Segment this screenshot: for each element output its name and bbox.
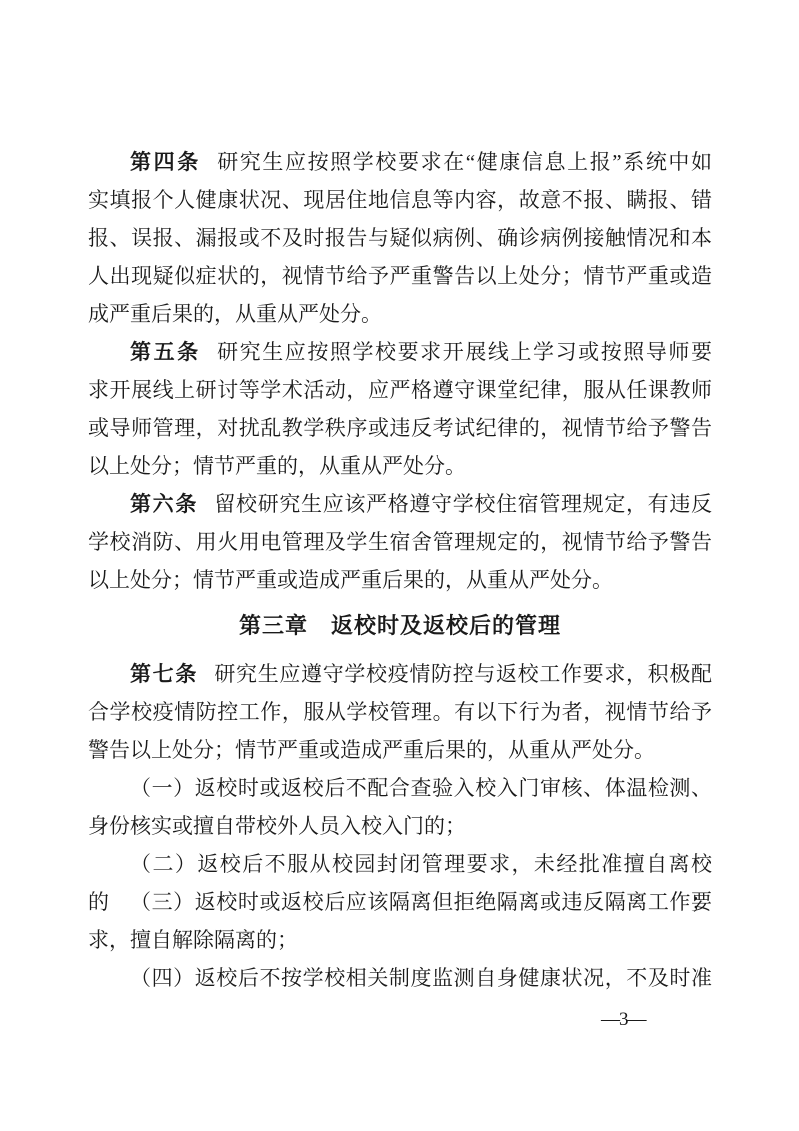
text-line: 报、误报、漏报或不及时报告与疑似病例、确诊病例接触情况和本	[88, 219, 712, 257]
article-6-term: 第六条	[130, 493, 198, 516]
text-line: 第四条研究生应按照学校要求在“健康信息上报”系统中如	[88, 143, 712, 181]
text-line: 学校消防、用火用电管理及学生宿舍管理规定的，视情节给予警告	[88, 523, 712, 561]
article-4: 第四条研究生应按照学校要求在“健康信息上报”系统中如 实填报个人健康状况、现居住…	[88, 143, 712, 333]
text-line: 或导师管理，对扰乱教学秩序或违反考试纪律的，视情节给予警告	[88, 409, 712, 447]
list-item-2: （二）返校后不服从校园封闭管理要求，未经批准擅自离校的；	[88, 845, 712, 883]
article-5-term: 第五条	[130, 341, 201, 364]
text-line: 人出现疑似症状的，视情节给予严重警告以上处分；情节严重或造	[88, 257, 712, 295]
text-line: （三）返校时或返校后应该隔离但拒绝隔离或违反隔离工作要	[88, 883, 712, 921]
text-line-content: 研究生应遵守学校疫情防控与返校工作要求，积极配	[214, 662, 712, 686]
article-7: 第七条研究生应遵守学校疫情防控与返校工作要求，积极配 合学校疫情防控工作，服从学…	[88, 655, 712, 769]
text-line: （一）返校时或返校后不配合查验入校入门审核、体温检测、	[88, 769, 712, 807]
text-line: 第七条研究生应遵守学校疫情防控与返校工作要求，积极配	[88, 655, 712, 693]
text-line: 以上处分；情节严重的，从重从严处分。	[88, 447, 712, 485]
article-5: 第五条研究生应按照学校要求开展线上学习或按照导师要 求开展线上研讨等学术活动，应…	[88, 333, 712, 485]
text-line: 警告以上处分；情节严重或造成严重后果的，从重从严处分。	[88, 731, 712, 769]
document-page: 第四条研究生应按照学校要求在“健康信息上报”系统中如 实填报个人健康状况、现居住…	[0, 0, 799, 1131]
text-line: 求，擅自解除隔离的；	[88, 921, 712, 959]
article-7-term: 第七条	[130, 663, 198, 686]
list-item-1: （一）返校时或返校后不配合查验入校入门审核、体温检测、 身份核实或擅自带校外人员…	[88, 769, 712, 845]
page-number: —3—	[601, 1008, 681, 1032]
text-line: 成严重后果的，从重从严处分。	[88, 295, 712, 333]
text-line-content: 研究生应按照学校要求在“健康信息上报”系统中如	[217, 150, 712, 174]
list-item-4: （四）返校后不按学校相关制度监测自身健康状况，不及时准	[88, 959, 712, 997]
text-line: 合学校疫情防控工作，服从学校管理。有以下行为者，视情节给予	[88, 693, 712, 731]
article-4-term: 第四条	[130, 151, 201, 174]
article-6: 第六条留校研究生应该严格遵守学校住宿管理规定，有违反 学校消防、用火用电管理及学…	[88, 485, 712, 599]
text-line: 实填报个人健康状况、现居住地信息等内容，故意不报、瞒报、错	[88, 181, 712, 219]
text-line: 求开展线上研讨等学术活动，应严格遵守课堂纪律，服从任课教师	[88, 371, 712, 409]
text-line: 以上处分；情节严重或造成严重后果的，从重从严处分。	[88, 561, 712, 599]
document-body: 第四条研究生应按照学校要求在“健康信息上报”系统中如 实填报个人健康状况、现居住…	[88, 143, 712, 997]
list-item-3: （三）返校时或返校后应该隔离但拒绝隔离或违反隔离工作要 求，擅自解除隔离的；	[88, 883, 712, 959]
chapter-heading: 第三章 返校时及返校后的管理	[88, 607, 712, 645]
text-line-content: 留校研究生应该严格遵守学校住宿管理规定，有违反	[214, 492, 712, 516]
text-line: 身份核实或擅自带校外人员入校入门的；	[88, 807, 712, 845]
text-line: 第六条留校研究生应该严格遵守学校住宿管理规定，有违反	[88, 485, 712, 523]
text-line-content: 研究生应按照学校要求开展线上学习或按照导师要	[217, 340, 712, 364]
text-line: （四）返校后不按学校相关制度监测自身健康状况，不及时准	[88, 959, 712, 997]
text-line: 第五条研究生应按照学校要求开展线上学习或按照导师要	[88, 333, 712, 371]
text-line: （二）返校后不服从校园封闭管理要求，未经批准擅自离校的；	[88, 845, 712, 883]
